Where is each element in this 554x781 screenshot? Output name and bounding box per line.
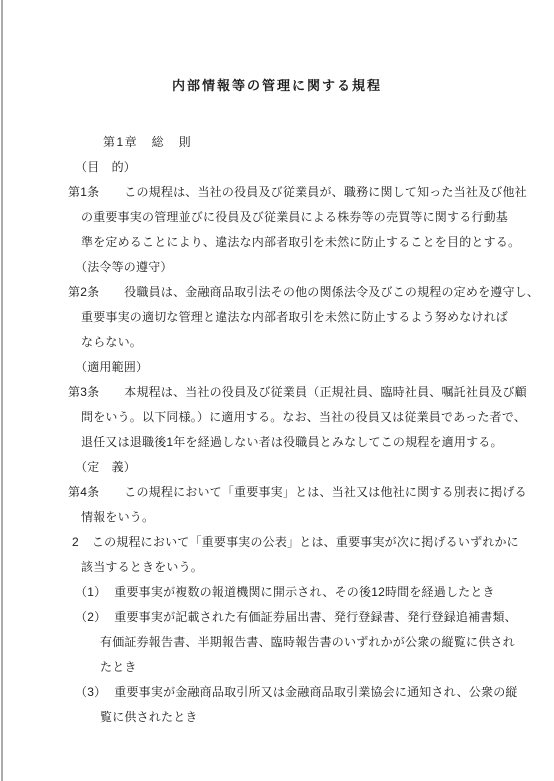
article-number: 第2条 xyxy=(68,280,99,305)
item-number: （2） xyxy=(75,605,106,630)
article-3-line: 第3条本規程は、当社の役員及び従業員（正規社員、臨時社員、嘱託社員及び顧 xyxy=(0,380,554,405)
section-label-purpose: （目 的） xyxy=(0,155,554,180)
document-line: ならない。 xyxy=(0,330,554,355)
section-label-scope: （適用範囲） xyxy=(0,355,554,380)
article-4-line: 第4条この規程において「重要事実」とは、当社又は他社に関する別表に掲げる xyxy=(0,480,554,505)
article-1-line: 第1条この規程は、当社の役員及び従業員が、職務に関して知った当社及び他社 xyxy=(0,180,554,205)
article-text: この規程は、当社の役員及び従業員が、職務に関して知った当社及び他社 xyxy=(124,185,527,199)
list-item-2: （2）重要事実が記載された有価証券届出書、発行登録書、発行登録追補書類、 xyxy=(0,605,554,630)
article-2-line: 第2条役職員は、金融商品取引法その他の関係法令及びこの規程の定めを遵守し、 xyxy=(0,280,554,305)
paragraph-text: この規程において「重要事実の公表」とは、重要事実が次に掲げるいずれかに xyxy=(92,535,519,549)
document-line: たとき xyxy=(0,655,554,680)
document-line: の重要事実の管理並びに役員及び従業員による株券等の売買等に関する行動基 xyxy=(0,205,554,230)
item-text: 重要事実が複数の報道機関に開示され、その後12時間を経過したとき xyxy=(114,585,494,599)
article-number: 第4条 xyxy=(68,480,99,505)
item-text: 重要事実が記載された有価証券届出書、発行登録書、発行登録追補書類、 xyxy=(114,610,517,624)
list-item-3: （3）重要事実が金融商品取引所又は金融商品取引業協会に通知され、公衆の縦 xyxy=(0,680,554,705)
article-text: 本規程は、当社の役員及び従業員（正規社員、臨時社員、嘱託社員及び顧 xyxy=(124,385,527,399)
document-line: 情報をいう。 xyxy=(0,505,554,530)
document-line: 退任又は退職後1年を経過しない者は役職員とみなしてこの規程を適用する。 xyxy=(0,430,554,455)
chapter-heading: 第1章 総 則 xyxy=(0,130,554,155)
section-label-compliance: （法令等の遵守） xyxy=(0,255,554,280)
document-line: 有価証券報告書、半期報告書、臨時報告書のいずれかが公衆の縦覧に供され xyxy=(0,630,554,655)
paragraph-number: 2 xyxy=(72,530,79,555)
article-text: この規程において「重要事実」とは、当社又は他社に関する別表に掲げる xyxy=(124,485,527,499)
document-title: 内部情報等の管理に関する規程 xyxy=(0,78,554,94)
document-line: 準を定めることにより、違法な内部者取引を未然に防止することを目的とする。 xyxy=(0,230,554,255)
item-number: （3） xyxy=(75,680,106,705)
list-item-1: （1）重要事実が複数の報道機関に開示され、その後12時間を経過したとき xyxy=(0,580,554,605)
document-line: 重要事実の適切な管理と違法な内部者取引を未然に防止するよう努めなければ xyxy=(0,305,554,330)
item-text: 重要事実が金融商品取引所又は金融商品取引業協会に通知され、公衆の縦 xyxy=(114,685,517,699)
document-line: 覧に供されたとき xyxy=(0,705,554,730)
document-line: 問をいう。以下同様。）に適用する。なお、当社の役員又は従業員であった者で、 xyxy=(0,405,554,430)
article-number: 第1条 xyxy=(68,180,99,205)
document-line: 該当するときをいう。 xyxy=(0,555,554,580)
item-number: （1） xyxy=(75,580,106,605)
paragraph-2-line: 2この規程において「重要事実の公表」とは、重要事実が次に掲げるいずれかに xyxy=(0,530,554,555)
page-edge-strip xyxy=(1,0,3,781)
article-number: 第3条 xyxy=(68,380,99,405)
section-label-definitions: （定 義） xyxy=(0,455,554,480)
article-text: 役職員は、金融商品取引法その他の関係法令及びこの規程の定めを遵守し、 xyxy=(124,285,539,299)
